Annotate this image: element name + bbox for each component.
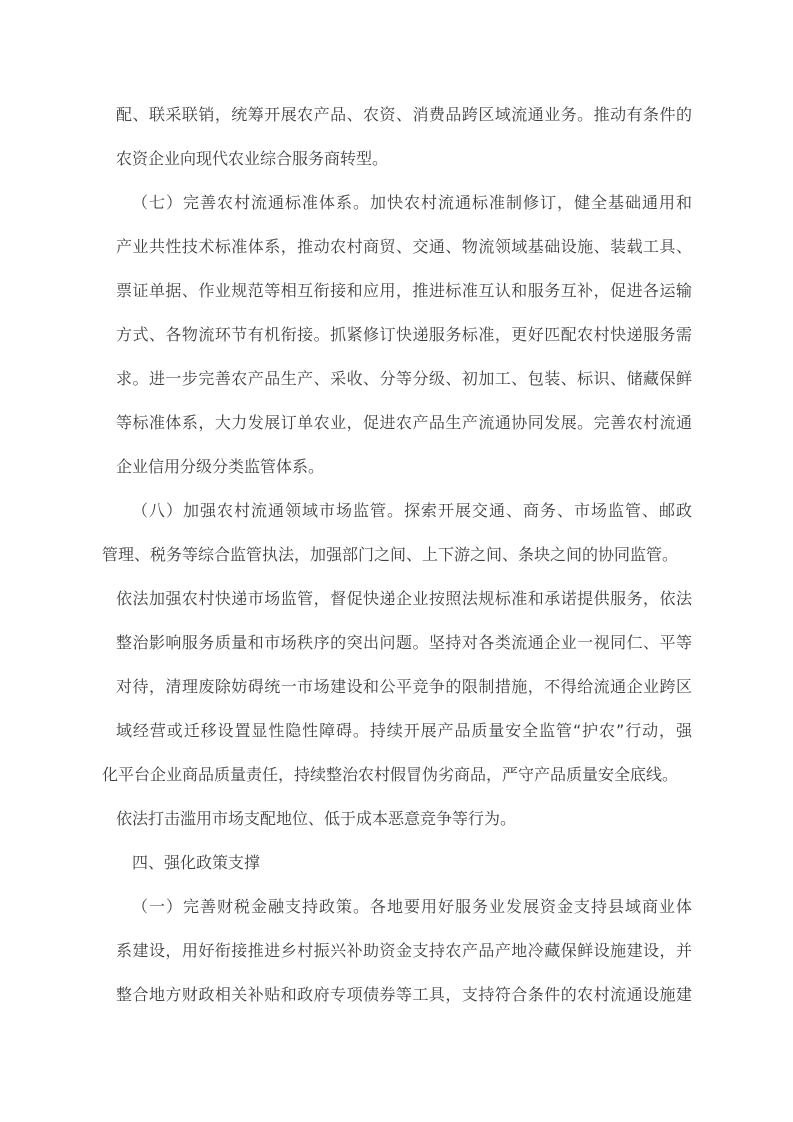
text-line: （七）完善农村流通标准体系。加快农村流通标准制修订，健全基础通用和 <box>116 181 692 225</box>
heading-line: 四、强化政策支撑 <box>116 841 692 885</box>
text-line: 域经营或迁移设置显性隐性障碍。持续开展产品质量安全监管“护农”行动，强 <box>116 709 692 753</box>
paragraph: （一）完善财税金融支持政策。各地要用好服务业发展资金支持县域商业体系建设，用好衔… <box>116 885 692 1017</box>
document-page: 配、联采联销，统筹开展农产品、农资、消费品跨区域流通业务。推动有条件的农资企业向… <box>0 0 793 1122</box>
text-line: 化平台企业商品质量责任，持续整治农村假冒伪劣商品，严守产品质量安全底线。 <box>102 753 692 797</box>
section-heading: 四、强化政策支撑 <box>116 841 692 885</box>
text-line: 配、联采联销，统筹开展农产品、农资、消费品跨区域流通业务。推动有条件的 <box>116 93 692 137</box>
text-line: 企业信用分级分类监管体系。 <box>116 445 692 489</box>
paragraph: （七）完善农村流通标准体系。加快农村流通标准制修订，健全基础通用和产业共性技术标… <box>116 181 692 489</box>
text-line: 产业共性技术标准体系，推动农村商贸、交通、物流领域基础设施、装载工具、 <box>116 225 692 269</box>
text-line: 系建设，用好衔接推进乡村振兴补助资金支持农产品产地冷藏保鲜设施建设，并 <box>116 929 692 973</box>
text-line: 票证单据、作业规范等相互衔接和应用，推进标准互认和服务互补，促进各运输 <box>116 269 692 313</box>
text-line: 求。进一步完善农产品生产、采收、分等分级、初加工、包装、标识、储藏保鲜 <box>116 357 692 401</box>
text-line: 依法打击滥用市场支配地位、低于成本恶意竞争等行为。 <box>116 797 692 841</box>
text-line: 方式、各物流环节有机衔接。抓紧修订快递服务标准，更好匹配农村快递服务需 <box>116 313 692 357</box>
text-line: 依法加强农村快递市场监管，督促快递企业按照法规标准和承诺提供服务，依法 <box>116 577 692 621</box>
text-line: 农资企业向现代农业综合服务商转型。 <box>116 137 692 181</box>
text-line: （一）完善财税金融支持政策。各地要用好服务业发展资金支持县域商业体 <box>116 885 692 929</box>
paragraph: （八）加强农村流通领域市场监管。探索开展交通、商务、市场监管、邮政管理、税务等综… <box>116 489 692 841</box>
text-line: 对待，清理废除妨碍统一市场建设和公平竞争的限制措施，不得给流通企业跨区 <box>116 665 692 709</box>
document-body: 配、联采联销，统筹开展农产品、农资、消费品跨区域流通业务。推动有条件的农资企业向… <box>116 93 692 1017</box>
text-line: 管理、税务等综合监管执法，加强部门之间、上下游之间、条块之间的协同监管。 <box>102 533 692 577</box>
text-line: 整合地方财政相关补贴和政府专项债券等工具，支持符合条件的农村流通设施建 <box>116 973 692 1017</box>
paragraph: 配、联采联销，统筹开展农产品、农资、消费品跨区域流通业务。推动有条件的农资企业向… <box>116 93 692 181</box>
text-line: （八）加强农村流通领域市场监管。探索开展交通、商务、市场监管、邮政 <box>116 489 692 533</box>
text-line: 等标准体系，大力发展订单农业，促进农产品生产流通协同发展。完善农村流通 <box>116 401 692 445</box>
text-line: 整治影响服务质量和市场秩序的突出问题。坚持对各类流通企业一视同仁、平等 <box>116 621 692 665</box>
